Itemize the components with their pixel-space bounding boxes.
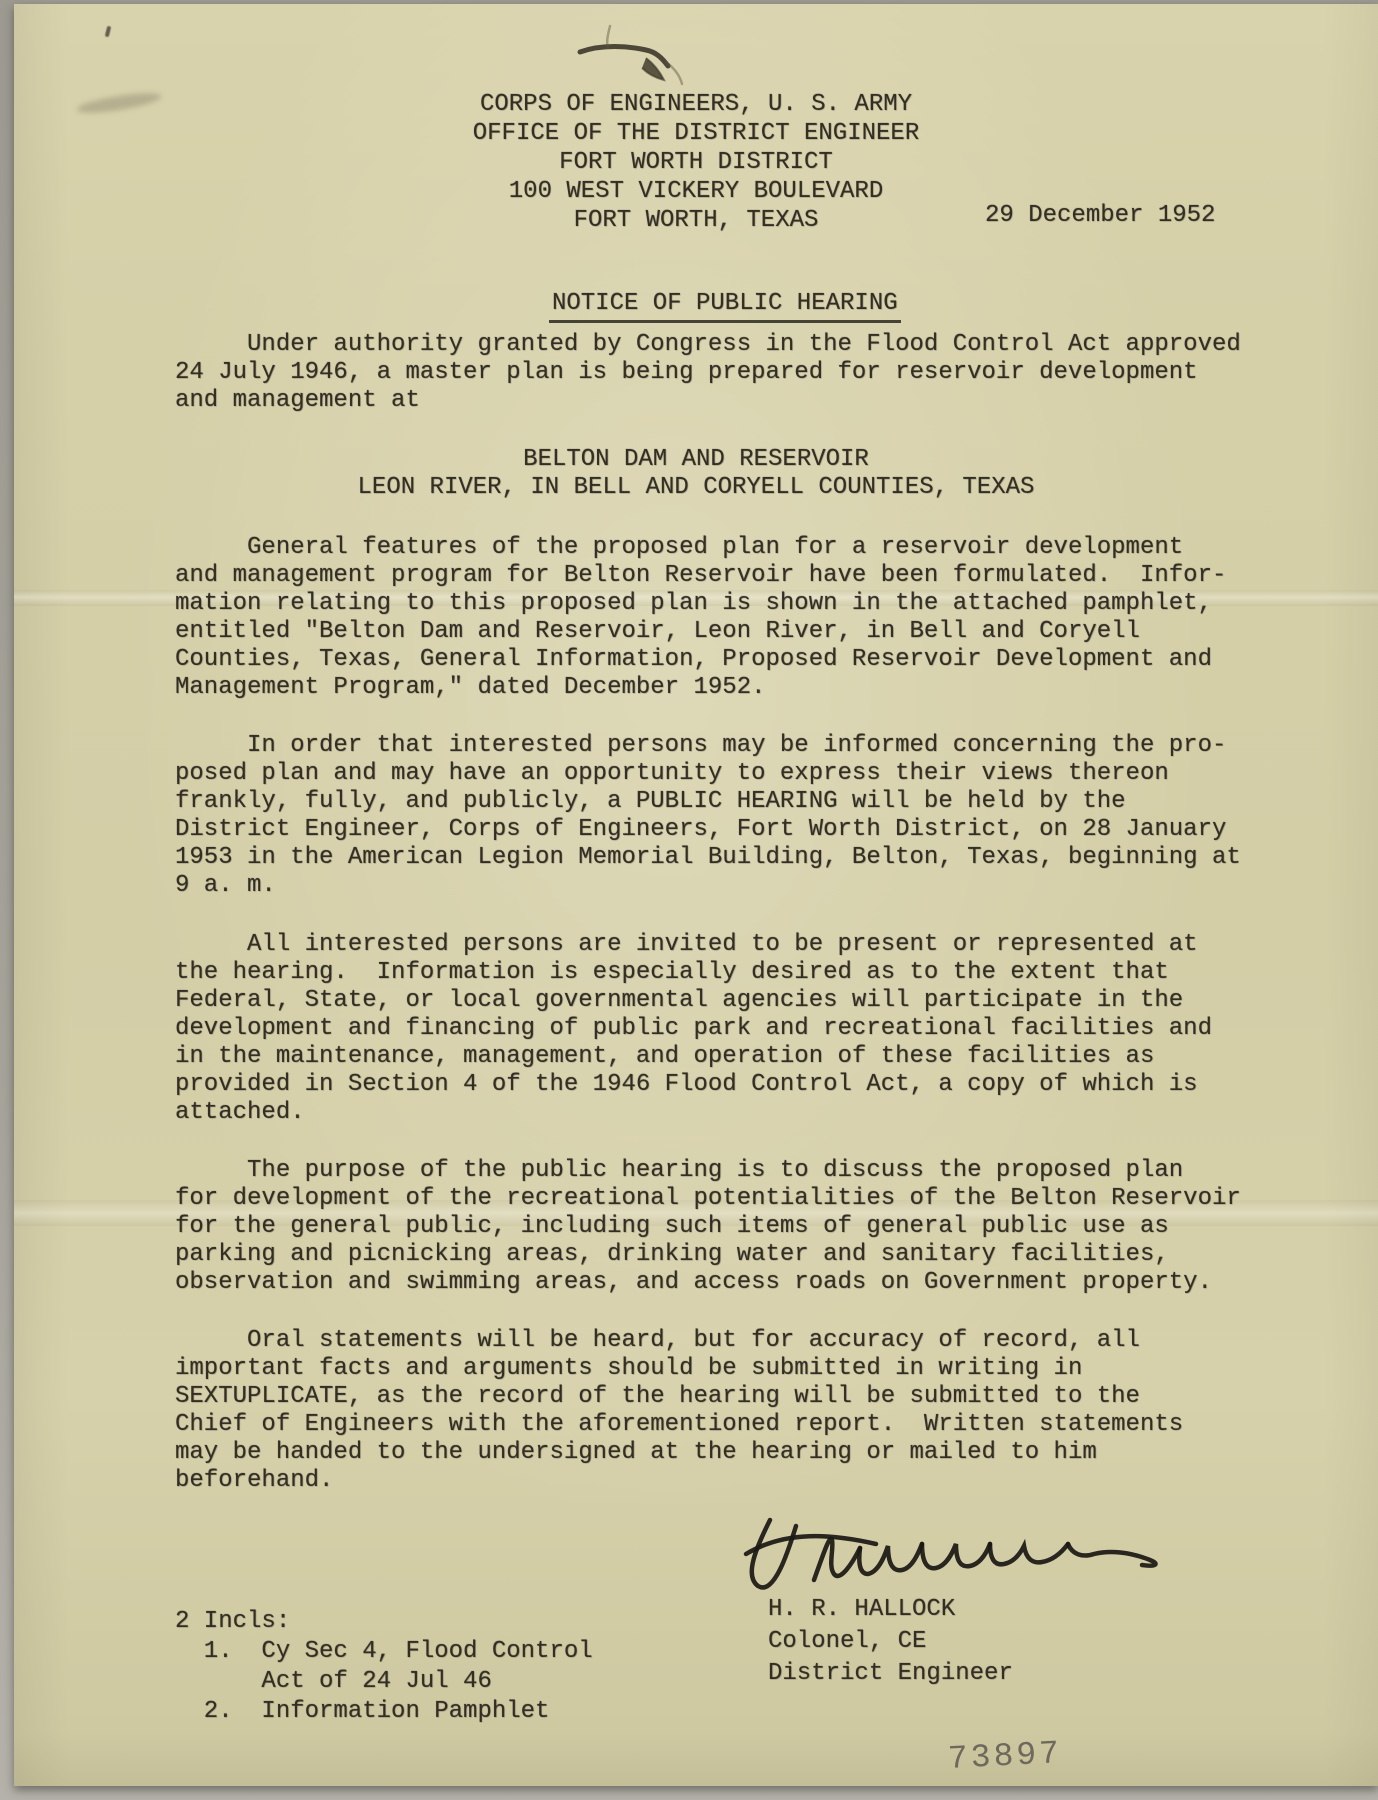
paragraph-authority: Under authority granted by Congress in t… (175, 331, 1241, 415)
paragraph-hearing-announcement: In order that interested persons may be … (175, 732, 1241, 900)
paragraph-invitation: All interested persons are invited to be… (175, 931, 1212, 1127)
signer-name: H. R. HALLOCK (768, 1596, 955, 1624)
signer-title: District Engineer (768, 1660, 1013, 1688)
scanned-document-photo: CORPS OF ENGINEERS, U. S. ARMY OFFICE OF… (0, 0, 1378, 1800)
enclosures-list: 2 Incls: 1. Cy Sec 4, Flood Control Act … (175, 1607, 593, 1727)
paragraph-general-features: General features of the proposed plan fo… (175, 534, 1226, 702)
document-date: 29 December 1952 (985, 202, 1215, 230)
handwritten-file-number: 73897 (947, 1735, 1063, 1778)
signer-rank: Colonel, CE (768, 1628, 926, 1656)
staple-mark (550, 18, 710, 98)
document-title: NOTICE OF PUBLIC HEARING (549, 290, 901, 323)
pencil-mark (105, 26, 112, 38)
paragraph-statements: Oral statements will be heard, but for a… (175, 1327, 1183, 1495)
handwritten-signature (728, 1508, 1168, 1608)
paragraph-purpose: The purpose of the public hearing is to … (175, 1157, 1241, 1297)
subject-heading: BELTON DAM AND RESERVOIR LEON RIVER, IN … (14, 446, 1378, 502)
